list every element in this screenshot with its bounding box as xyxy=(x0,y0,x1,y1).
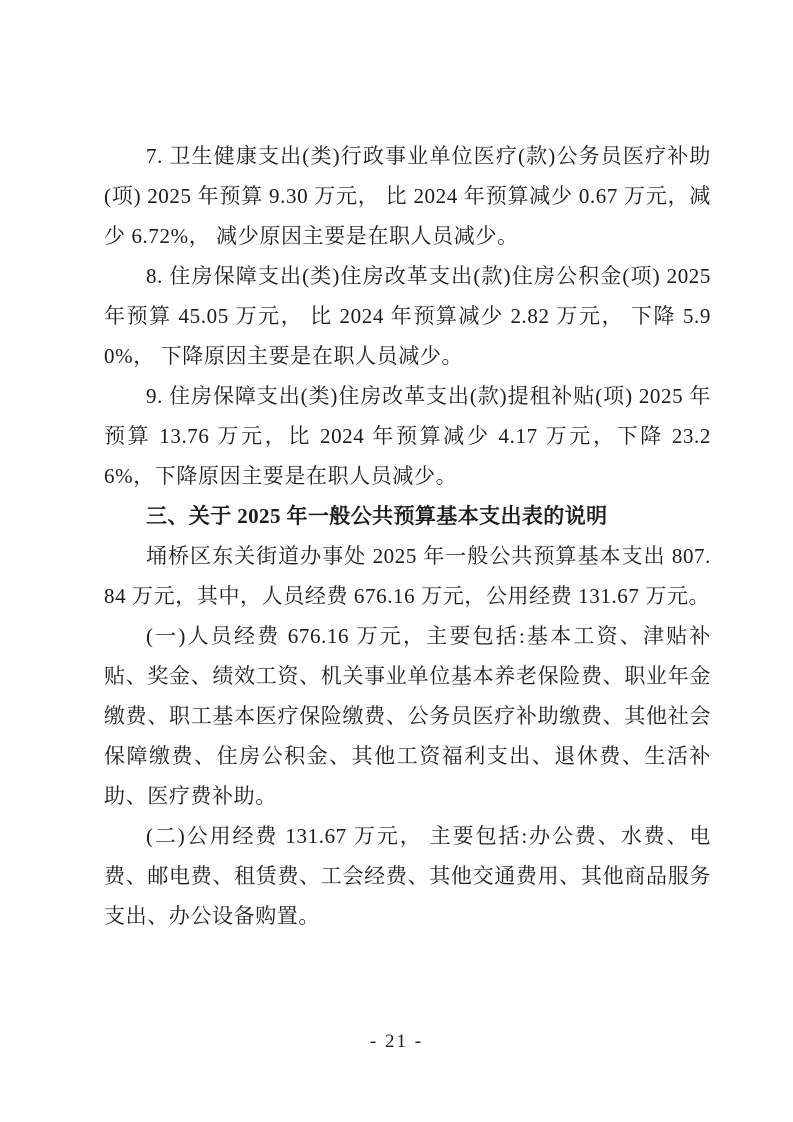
paragraph-personnel-expenses: (一)人员经费 676.16 万元，主要包括:基本工资、津贴补贴、奖金、绩效工资… xyxy=(104,616,711,816)
paragraph-public-expenses: (二)公用经费 131.67 万元， 主要包括:办公费、水费、电费、邮电费、租赁… xyxy=(104,816,711,936)
document-body: 7. 卫生健康支出(类)行政事业单位医疗(款)公务员医疗补助(项) 2025 年… xyxy=(104,136,711,936)
page-footer: - 21 - xyxy=(0,1028,793,1056)
section-heading-basic-expenditure: 三、关于 2025 年一般公共预算基本支出表的说明 xyxy=(104,496,711,536)
page-number: - 21 - xyxy=(370,1031,423,1052)
paragraph-item7-health-expenditure: 7. 卫生健康支出(类)行政事业单位医疗(款)公务员医疗补助(项) 2025 年… xyxy=(104,136,711,256)
paragraph-item9-rent-subsidy: 9. 住房保障支出(类)住房改革支出(款)提租补贴(项) 2025 年预算 13… xyxy=(104,376,711,496)
document-page: 7. 卫生健康支出(类)行政事业单位医疗(款)公务员医疗补助(项) 2025 年… xyxy=(0,0,793,1122)
paragraph-item8-housing-fund: 8. 住房保障支出(类)住房改革支出(款)住房公积金(项) 2025 年预算 4… xyxy=(104,256,711,376)
paragraph-basic-expenditure-summary: 埇桥区东关街道办事处 2025 年一般公共预算基本支出 807.84 万元，其中… xyxy=(104,536,711,616)
